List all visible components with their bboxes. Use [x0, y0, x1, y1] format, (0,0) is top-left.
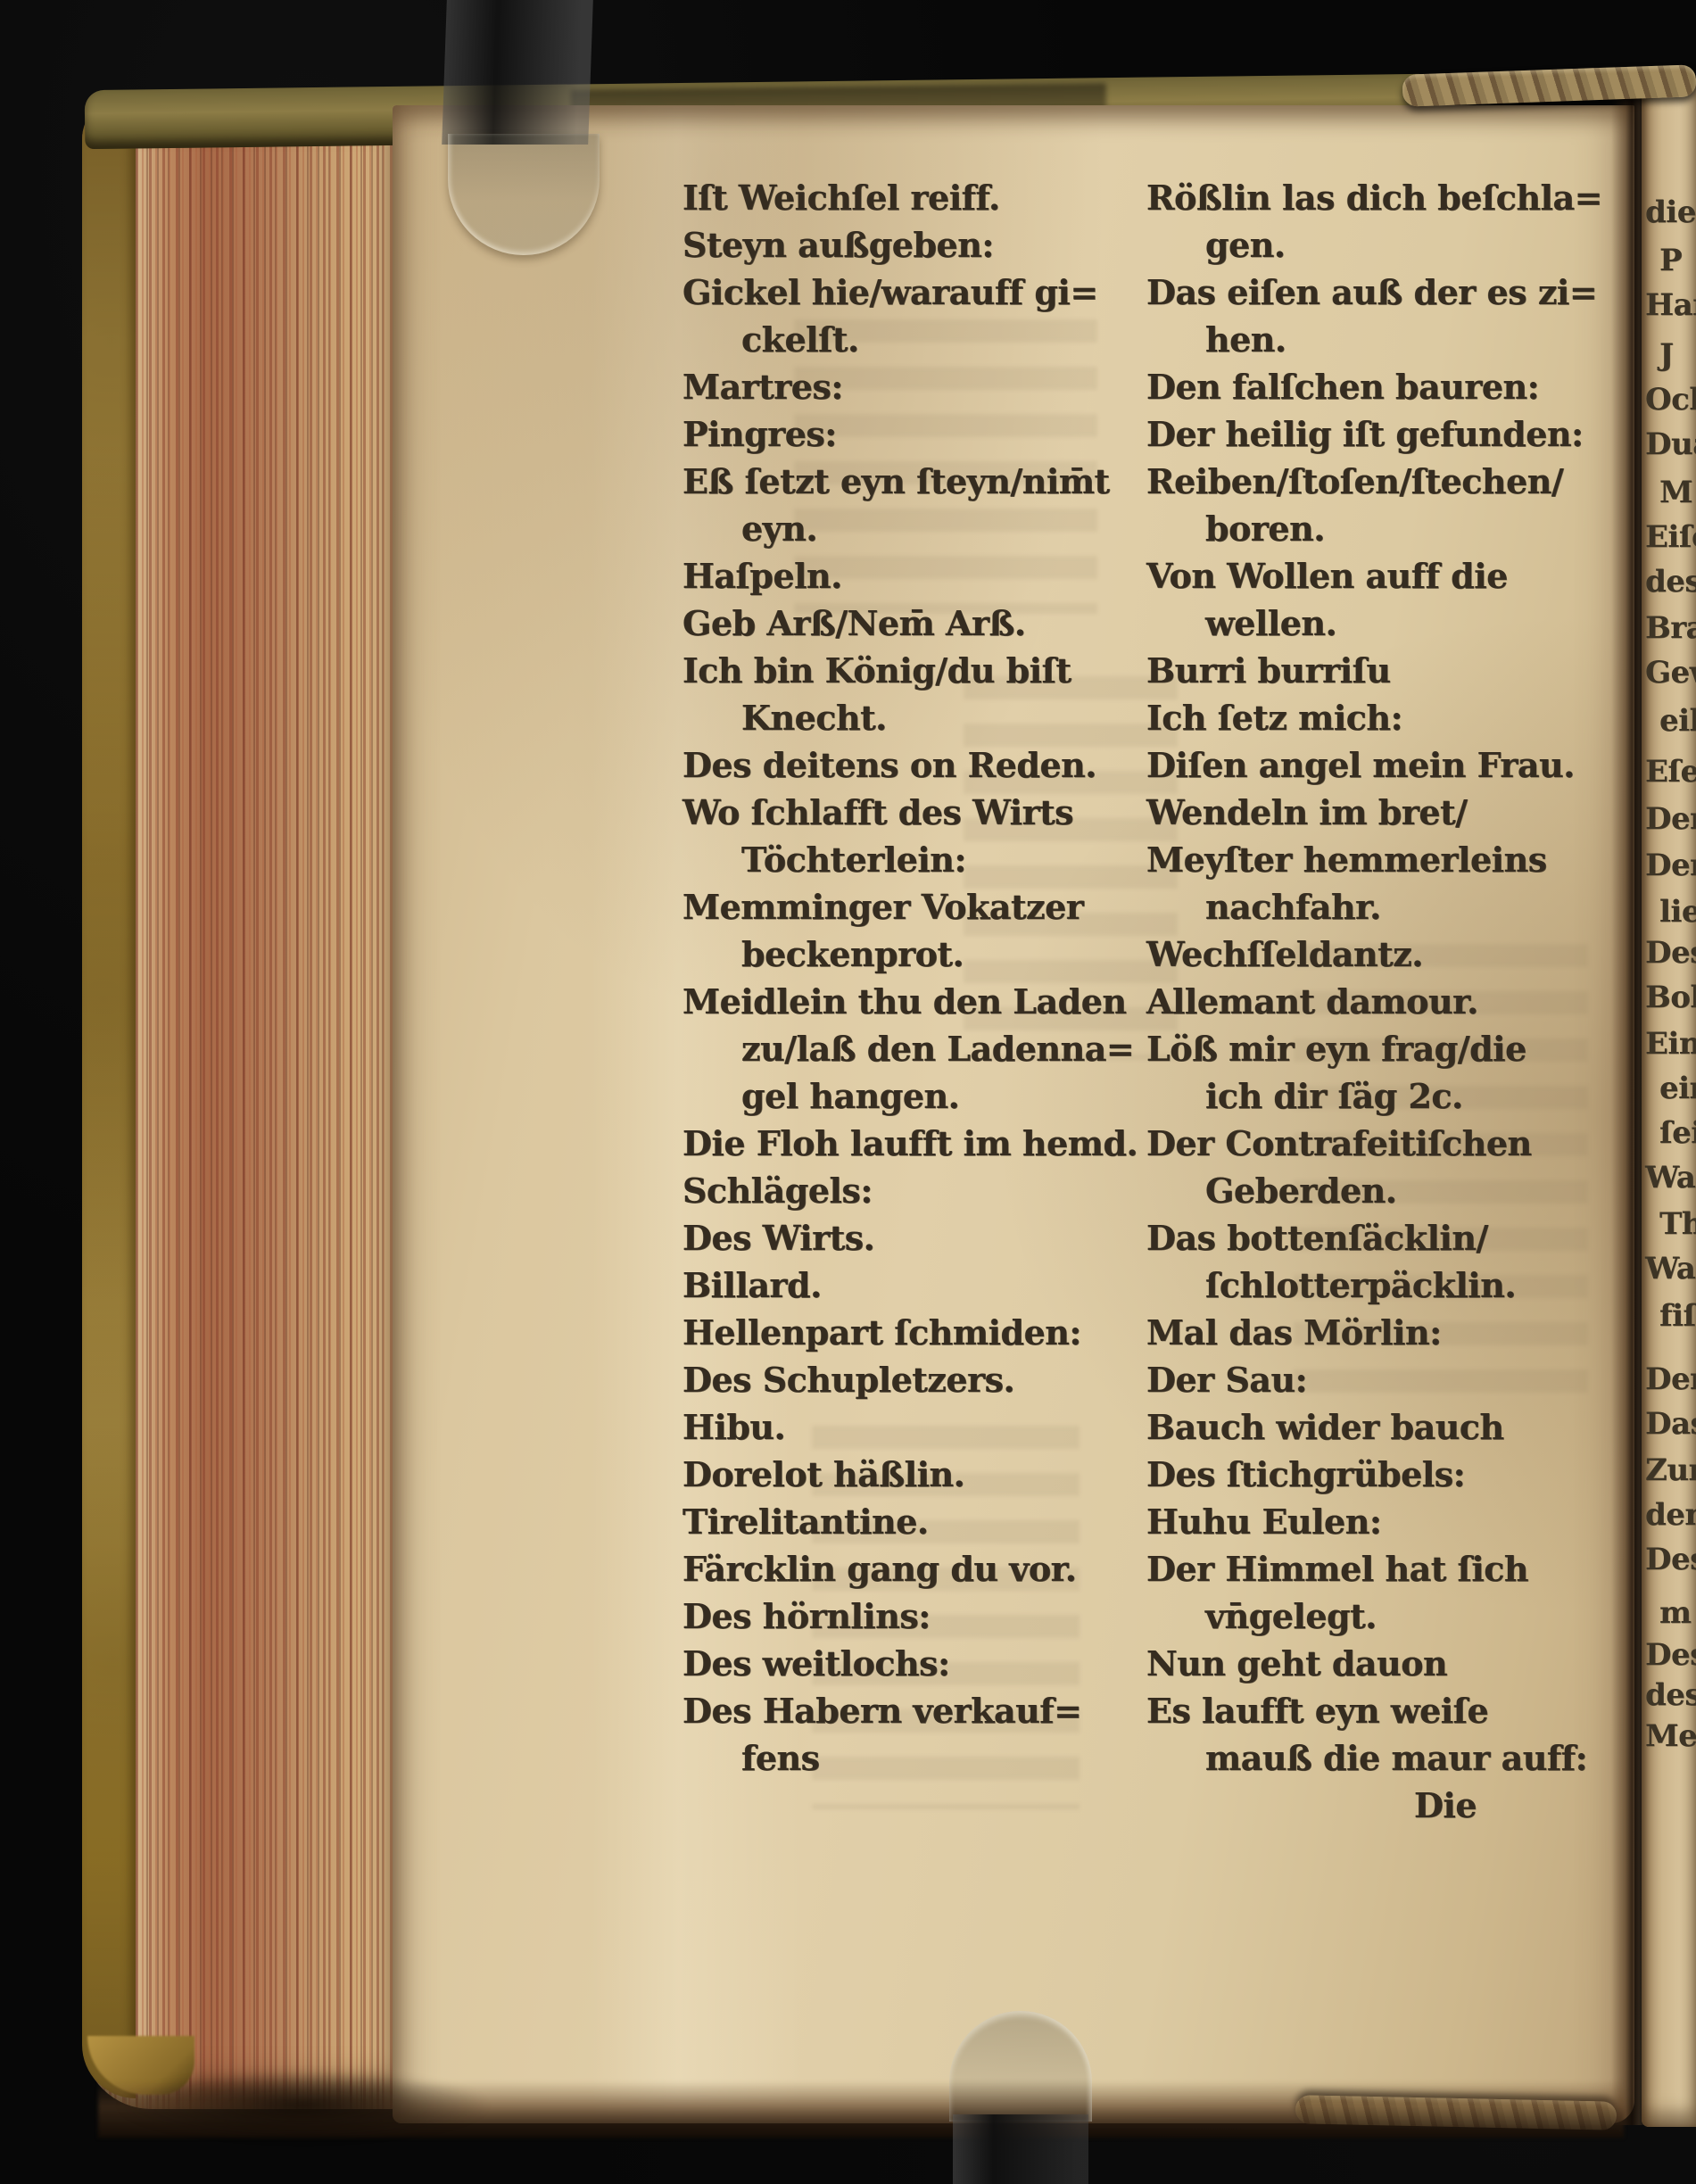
- text-line: ckelſt.: [683, 316, 1164, 363]
- text-line: gel hangen.: [683, 1072, 1164, 1120]
- text-line: Steyn außgeben:: [683, 221, 1164, 269]
- text-line: Billard.: [683, 1262, 1164, 1309]
- text-fragment: lier: [1659, 894, 1696, 930]
- text-fragment: Des p: [1645, 1637, 1696, 1673]
- text-line: Des deitens on Reden.: [683, 741, 1164, 789]
- text-line: Ich bin König/du biſt: [683, 647, 1164, 694]
- text-line: Löß mir eyn frag/die: [1146, 1025, 1628, 1072]
- text-line: Burri burriſu: [1146, 647, 1628, 694]
- text-line: Von Wollen auff die: [1146, 552, 1628, 600]
- text-line: Haſpeln.: [683, 552, 1164, 600]
- text-line: Des ſtichgrübels:: [1146, 1451, 1628, 1498]
- text-line: Töchterlein:: [683, 836, 1164, 883]
- text-fragment: Der: [1645, 1361, 1696, 1397]
- text-line: Pingres:: [683, 410, 1164, 458]
- text-fragment: Zum: [1645, 1452, 1696, 1488]
- text-line: Das eiſen auß der es zi=: [1146, 269, 1628, 316]
- text-line: Memminger Vokatzer: [683, 883, 1164, 931]
- text-line: Des Wirts.: [683, 1214, 1164, 1262]
- text-line: Des weitlochs:: [683, 1640, 1164, 1687]
- text-line: Bauch wider bauch: [1146, 1403, 1628, 1451]
- book-scan-photo: Iſt Weichſel reiff.Steyn außgeben:Gickel…: [0, 0, 1696, 2184]
- text-fragment: Des: [1645, 1542, 1696, 1577]
- text-fragment: die: [1645, 194, 1696, 230]
- text-line: Rößlin las dich beſchla=: [1146, 174, 1628, 221]
- text-fragment: Dua: [1645, 426, 1696, 462]
- text-fragment: Was: [1645, 1160, 1696, 1195]
- text-line: Martres:: [683, 363, 1164, 410]
- text-fragment: Der N: [1645, 801, 1696, 837]
- text-line: Ich ſetz mich:: [1146, 694, 1628, 741]
- book-page: Iſt Weichſel reiff.Steyn außgeben:Gickel…: [393, 105, 1634, 2123]
- text-fragment: ein: [1659, 1071, 1696, 1106]
- text-line: boren.: [1146, 505, 1628, 552]
- text-column-right: Rößlin las dich beſchla=gen.Das eiſen au…: [1146, 174, 1628, 1829]
- text-column-left: Iſt Weichſel reiff.Steyn außgeben:Gickel…: [683, 174, 1164, 1782]
- text-line: Meidlein thu den Laden: [683, 978, 1164, 1025]
- text-fragment: eil: [1659, 703, 1696, 739]
- text-line: Färcklin gang du vor.: [683, 1545, 1164, 1592]
- text-fragment: ſeit: [1659, 1115, 1696, 1151]
- facing-page-edge: diePHanJOchDuaMEiſendes bBratGewaeilEſel…: [1642, 0, 1696, 2184]
- text-column-right-lines: Rößlin las dich beſchla=gen.Das eiſen au…: [1146, 174, 1628, 1782]
- text-line: Eß ſetzt eyn ſteyn/nim̄t: [683, 458, 1164, 505]
- text-fragment: Eſel z: [1645, 754, 1696, 790]
- text-fragment: fiſ: [1659, 1298, 1696, 1334]
- text-line: Wechſſeldantz.: [1146, 931, 1628, 978]
- text-fragment: Das: [1645, 1406, 1696, 1442]
- text-fragment: des b: [1645, 564, 1696, 600]
- text-line: Das bottenſäcklin/: [1146, 1214, 1628, 1262]
- text-line: Gickel hie/warauff gi=: [683, 269, 1164, 316]
- text-line: beckenprot.: [683, 931, 1164, 978]
- text-line: eyn.: [683, 505, 1164, 552]
- text-line: Nun geht dauon: [1146, 1640, 1628, 1687]
- text-fragment: Brat: [1645, 610, 1696, 646]
- text-fragment: Des S: [1645, 935, 1696, 971]
- text-line: Wendeln im bret/: [1146, 789, 1628, 836]
- text-fragment: Gewa: [1645, 655, 1696, 691]
- catchword: Die: [1146, 1782, 1628, 1829]
- text-line: Tirelitantine.: [683, 1498, 1164, 1545]
- text-line: Diſen angel mein Frau.: [1146, 741, 1628, 789]
- text-fragment: Han: [1645, 287, 1696, 323]
- text-line: Allemant damour.: [1146, 978, 1628, 1025]
- text-line: Reiben/ſtoſen/ſtechen/: [1146, 458, 1628, 505]
- text-fragment: Mey: [1645, 1718, 1696, 1754]
- text-line: Iſt Weichſel reiff.: [683, 174, 1164, 221]
- text-fragment: Boler: [1645, 980, 1696, 1015]
- text-fragment: Och: [1645, 382, 1696, 418]
- text-line: Huhu Eulen:: [1146, 1498, 1628, 1545]
- text-fragment: M: [1659, 475, 1692, 510]
- text-line: zu/laß den Ladenna=: [683, 1025, 1164, 1072]
- text-fragment: Ein E: [1645, 1026, 1696, 1062]
- text-line: ſchlotterpäcklin.: [1146, 1262, 1628, 1309]
- text-line: Der Sau:: [1146, 1356, 1628, 1403]
- text-fragment: J: [1659, 337, 1674, 373]
- text-line: Hibu.: [683, 1403, 1164, 1451]
- text-fragment: Der S: [1645, 848, 1696, 883]
- facing-page-text-fragments: diePHanJOchDuaMEiſendes bBratGewaeilEſel…: [1642, 0, 1696, 2184]
- text-line: Der Himmel hat ſich: [1146, 1545, 1628, 1592]
- scanner-clip-top-strap: [442, 0, 593, 145]
- text-line: Den falſchen bauren:: [1146, 363, 1628, 410]
- text-line: gen.: [1146, 221, 1628, 269]
- text-line: ich dir ſäg 2c.: [1146, 1072, 1628, 1120]
- text-fragment: P: [1659, 243, 1682, 278]
- text-line: Es laufft eyn weiſe: [1146, 1687, 1628, 1734]
- text-line: Meyſter hemmerleins: [1146, 836, 1628, 883]
- text-line: Schlägels:: [683, 1167, 1164, 1214]
- text-line: Wo ſchlafft des Wirts: [683, 789, 1164, 836]
- scanner-clip-bottom-strap: [953, 2114, 1088, 2184]
- text-line: fens: [683, 1734, 1164, 1782]
- text-line: Des Schupletzers.: [683, 1356, 1164, 1403]
- text-line: hen.: [1146, 316, 1628, 363]
- text-fragment: m: [1659, 1595, 1691, 1631]
- text-line: Mal das Mörlin:: [1146, 1309, 1628, 1356]
- fore-edge-corner-shadow: [116, 2070, 491, 2141]
- text-line: Geberden.: [1146, 1167, 1628, 1214]
- text-line: wellen.: [1146, 600, 1628, 647]
- text-line: Knecht.: [683, 694, 1164, 741]
- text-line: Geb Arß/Nem̄ Arß.: [683, 600, 1164, 647]
- text-fragment: den J: [1645, 1497, 1696, 1533]
- text-fragment: Th: [1659, 1206, 1696, 1242]
- text-line: vn̄gelegt.: [1146, 1592, 1628, 1640]
- text-fragment: Eiſen: [1645, 519, 1696, 555]
- text-line: nachfahr.: [1146, 883, 1628, 931]
- text-line: Die Floh laufft im hemd.: [683, 1120, 1164, 1167]
- text-line: Dorelot häßlin.: [683, 1451, 1164, 1498]
- text-line: Hellenpart ſchmiden:: [683, 1309, 1164, 1356]
- text-line: Des Habern verkauf=: [683, 1687, 1164, 1734]
- text-line: mauß die maur auff:: [1146, 1734, 1628, 1782]
- text-line: Des hörnlins:: [683, 1592, 1164, 1640]
- text-fragment: des k: [1645, 1677, 1696, 1713]
- text-fragment: Was: [1645, 1251, 1696, 1286]
- vellum-cover-edge: [82, 100, 136, 2098]
- text-line: Der heilig iſt gefunden:: [1146, 410, 1628, 458]
- text-line: Der Contrafeitiſchen: [1146, 1120, 1628, 1167]
